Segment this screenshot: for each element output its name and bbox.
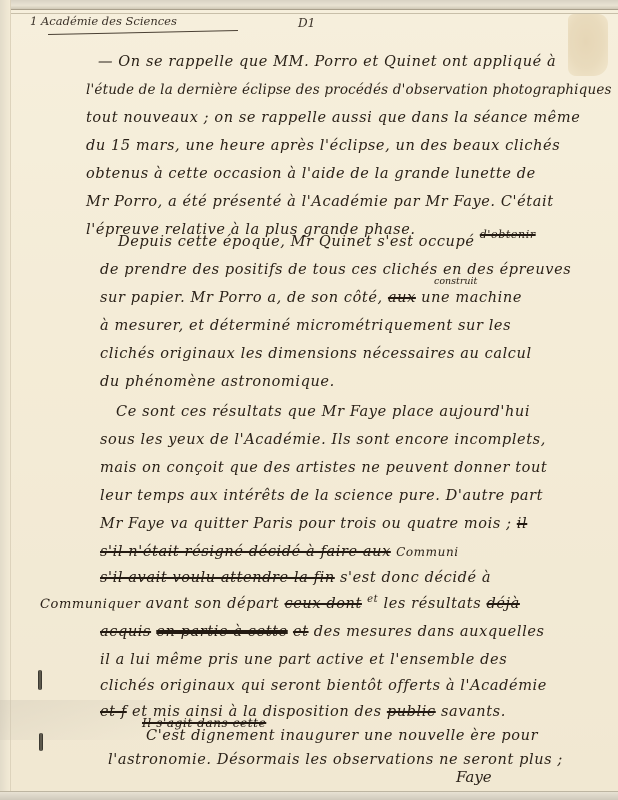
text-span: Depuis cette époque, Mr Quinet s'est occ…: [118, 234, 475, 250]
signature: Faye: [456, 768, 492, 786]
staple-icon: [39, 733, 43, 751]
struck-text: en partie à cette: [156, 624, 287, 640]
text-span: une machine: [421, 290, 522, 306]
text-line: sous les yeux de l'Académie. Ils sont en…: [100, 432, 546, 448]
margin-insert: Communiquer: [40, 597, 141, 612]
text-line: leur temps aux intérêts de la science pu…: [100, 488, 543, 504]
text-span: les résultats: [384, 596, 482, 612]
struck-text: s'il n'était résigné décidé à faire aux: [100, 544, 391, 560]
text-line: il a lui même pris une part active et l'…: [100, 652, 507, 668]
interlinear-insert: Communi: [396, 545, 459, 559]
header-title: Académie des Sciences: [41, 14, 177, 28]
page-header: 1 Académie des Sciences: [30, 14, 177, 28]
text-line: l'étude de la dernière éclipse des procé…: [86, 82, 612, 98]
text-line: l'astronomie. Désormais les observations…: [108, 752, 563, 768]
text-line: s'il n'était résigné décidé à faire aux …: [100, 544, 459, 560]
text-line: Mr Faye va quitter Paris pour trois ou q…: [100, 516, 527, 532]
interlinear-insert: construit: [434, 276, 477, 287]
text-line: tout nouveaux ; on se rappelle aussi que…: [86, 110, 580, 126]
manuscript-page: 1 Académie des Sciences D1 — On se rappe…: [0, 0, 618, 800]
text-line: acquis en partie à cette et des mesures …: [100, 624, 545, 640]
struck-text: ceux dont: [285, 596, 362, 612]
text-line: clichés originaux qui seront bientôt off…: [100, 678, 547, 694]
text-line: clichés originaux les dimensions nécessa…: [100, 346, 532, 362]
text-line: Mr Porro, a été présenté à l'Académie pa…: [86, 194, 554, 210]
struck-text: d'obtenir: [480, 228, 536, 241]
struck-text: déjà: [486, 596, 519, 612]
text-line: mais on conçoit que des artistes ne peuv…: [100, 460, 547, 476]
text-line: — On se rappelle que MM. Porro et Quinet…: [98, 54, 556, 70]
struck-text: et f: [100, 704, 127, 720]
paper-left-edge: [0, 0, 11, 800]
text-line: s'il avait voulu attendre la fin s'est d…: [100, 570, 491, 586]
text-line: Il s'agit dans cette: [142, 712, 266, 726]
text-span: sur papier. Mr Porro a, de son côté,: [100, 290, 383, 306]
struck-text: s'il avait voulu attendre la fin: [100, 570, 335, 586]
struck-text: acquis: [100, 624, 151, 640]
text-line: de prendre des positifs de tous ces clic…: [100, 262, 571, 278]
text-span: avant son départ: [146, 596, 280, 612]
paper-stain: [568, 14, 608, 76]
text-line: Communiquer avant son départ ceux dont e…: [40, 596, 520, 612]
text-line: du phénomène astronomique.: [100, 374, 335, 390]
paper-top-edge: [0, 0, 618, 10]
text-span: Mr Faye va quitter Paris pour trois ou q…: [100, 516, 512, 532]
text-line: Ce sont ces résultats que Mr Faye place …: [116, 404, 530, 420]
text-line: sur papier. Mr Porro a, de son côté, aux…: [100, 290, 522, 306]
text-line: à mesurer, et déterminé micrométriquemen…: [100, 318, 511, 334]
struck-text: il: [517, 516, 527, 532]
text-span: savants.: [441, 704, 506, 720]
text-span: des mesures dans auxquelles: [314, 624, 545, 640]
struck-text: public: [387, 704, 436, 720]
text-line: C'est dignement inaugurer une nouvelle è…: [146, 728, 538, 744]
paper-bottom-edge: [0, 791, 618, 800]
interlinear-insert: et: [367, 594, 378, 605]
text-line: Depuis cette époque, Mr Quinet s'est occ…: [118, 234, 536, 250]
text-line: obtenus à cette occasion à l'aide de la …: [86, 166, 536, 182]
header-underline: [48, 30, 238, 35]
text-span: s'est donc décidé à: [340, 570, 491, 586]
folio-number: D1: [298, 16, 315, 30]
text-line: du 15 mars, une heure après l'éclipse, u…: [86, 138, 560, 154]
struck-text: aux: [388, 290, 416, 306]
staple-icon: [38, 670, 42, 690]
struck-text: et: [293, 624, 309, 640]
